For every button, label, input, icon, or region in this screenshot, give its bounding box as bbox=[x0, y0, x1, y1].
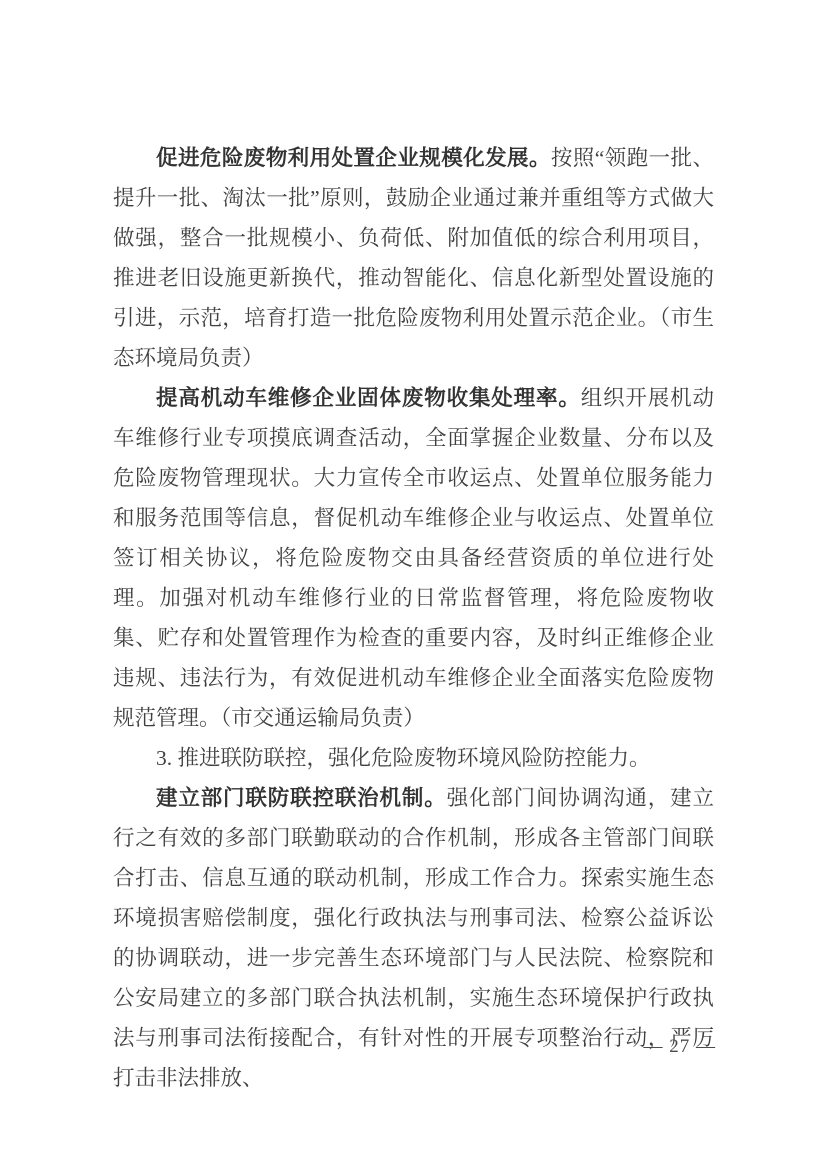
paragraph-bold-lead: 促进危险废物利用处置企业规模化发展。 bbox=[156, 146, 551, 170]
paragraph: 促进危险废物利用处置企业规模化发展。按照“领跑一批、提升一批、淘汰一批”原则，鼓… bbox=[113, 138, 714, 378]
paragraph: 建立部门联防联控联治机制。强化部门间协调沟通，建立行之有效的多部门联勤联动的合作… bbox=[113, 778, 714, 1098]
paragraph-text: 强化部门间协调沟通，建立行之有效的多部门联勤联动的合作机制，形成各主管部门间联合… bbox=[113, 786, 714, 1090]
paragraph: 3. 推进联防联控，强化危险废物环境风险防控能力。 bbox=[113, 738, 714, 778]
paragraph-text: 按照“领跑一批、提升一批、淘汰一批”原则，鼓励企业通过兼并重组等方式做大做强，整… bbox=[113, 146, 714, 370]
paragraph-text: 组织开展机动车维修行业专项摸底调查活动，全面掌握企业数量、分布以及危险废物管理现… bbox=[113, 386, 714, 730]
paragraph-text: 3. 推进联防联控，强化危险废物环境风险防控能力。 bbox=[156, 746, 651, 770]
document-page: 促进危险废物利用处置企业规模化发展。按照“领跑一批、提升一批、淘汰一批”原则，鼓… bbox=[0, 0, 826, 1168]
paragraph-bold-lead: 建立部门联防联控联治机制。 bbox=[156, 786, 447, 810]
paragraph-bold-lead: 提高机动车维修企业固体废物收集处理率。 bbox=[156, 386, 581, 410]
page-number: — 27 — bbox=[644, 1036, 717, 1058]
paragraph: 提高机动车维修企业固体废物收集处理率。组织开展机动车维修行业专项摸底调查活动，全… bbox=[113, 378, 714, 738]
document-body: 促进危险废物利用处置企业规模化发展。按照“领跑一批、提升一批、淘汰一批”原则，鼓… bbox=[113, 138, 714, 1098]
